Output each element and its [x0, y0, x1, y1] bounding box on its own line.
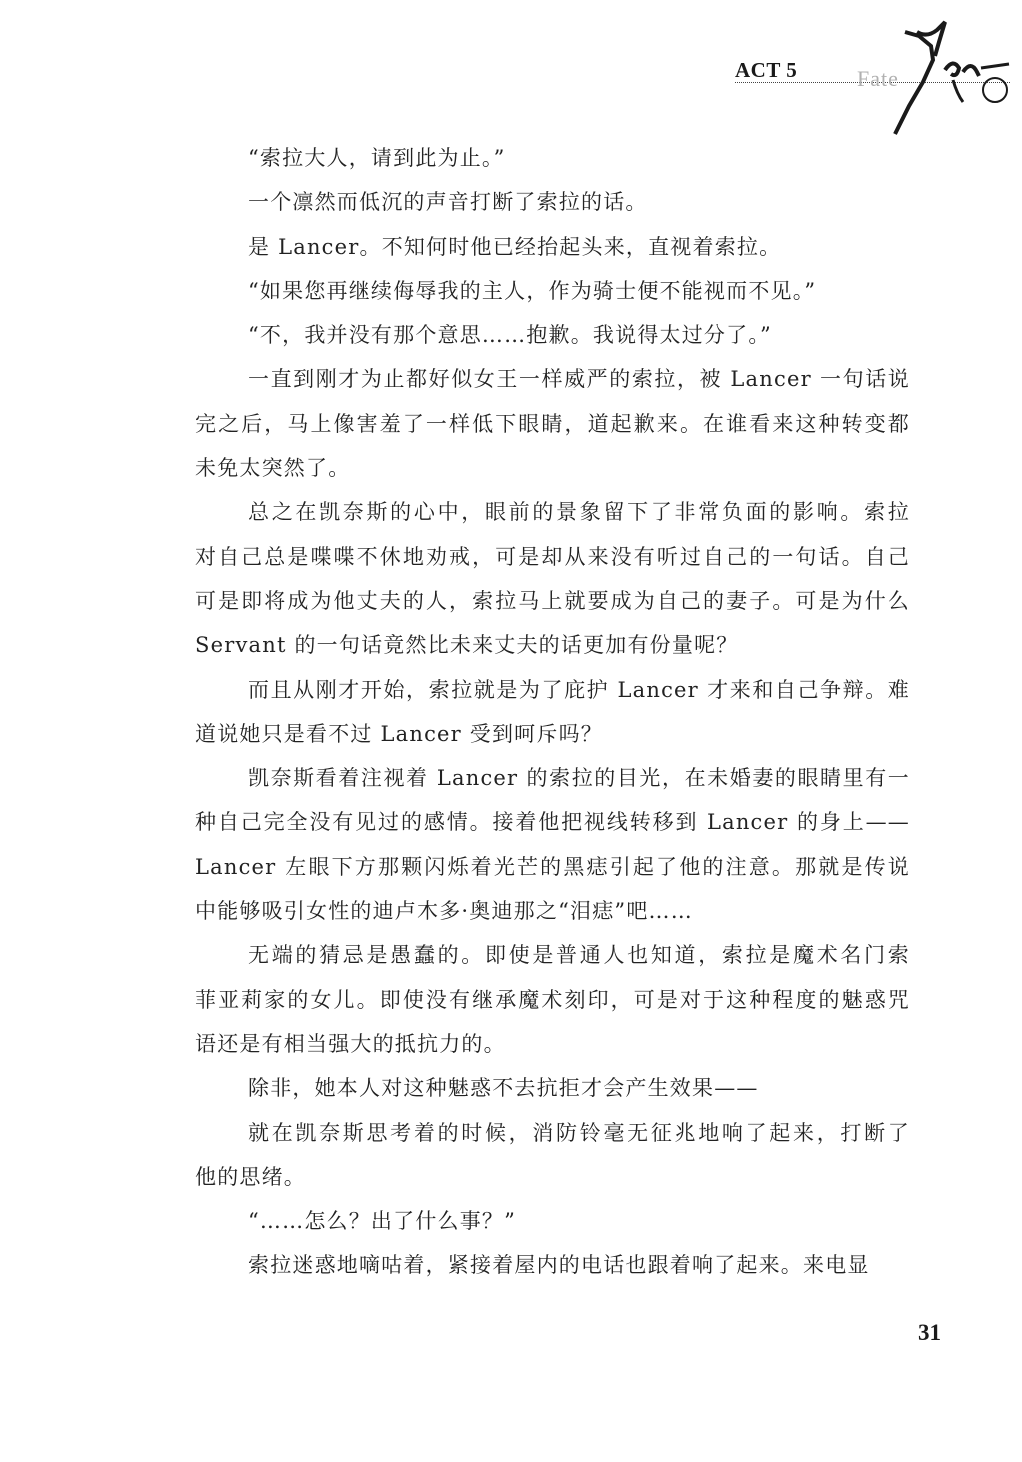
paragraph: 无端的猜忌是愚蠢的。即使是普通人也知道，索拉是魔术名门索菲亚莉家的女儿。即使没有…	[195, 933, 910, 1066]
text-line: 他的思绪。	[195, 1155, 910, 1199]
text-line: 就在凯奈斯思考着的时候，消防铃毫无征兆地响了起来，打断了	[195, 1111, 910, 1155]
paragraph: “不，我并没有那个意思……抱歉。我说得太过分了。”	[195, 313, 910, 357]
text-line: 是 Lancer。不知何时他已经抬起头来，直视着索拉。	[195, 225, 910, 269]
text-line: 完之后，马上像害羞了一样低下眼睛，道起歉来。在谁看来这种转变都	[195, 402, 910, 446]
text-line: 凯奈斯看着注视着 Lancer 的索拉的目光，在未婚妻的眼睛里有一	[195, 756, 910, 800]
text-line: 菲亚莉家的女儿。即使没有继承魔术刻印，可是对于这种程度的魅惑咒	[195, 978, 910, 1022]
chapter-label: ACT 5	[735, 58, 797, 83]
text-line: Servant 的一句话竟然比未来丈夫的话更加有份量呢？	[195, 623, 910, 667]
text-line: “……怎么？出了什么事？”	[195, 1199, 910, 1243]
text-line: 种自己完全没有见过的感情。接着他把视线转移到 Lancer 的身上——	[195, 800, 910, 844]
text-line: 一直到刚才为止都好似女王一样威严的索拉，被 Lancer 一句话说	[195, 357, 910, 401]
body-text: “索拉大人，请到此为止。”一个凛然而低沉的声音打断了索拉的话。是 Lancer。…	[195, 136, 910, 1288]
paragraph: 而且从刚才开始，索拉就是为了庇护 Lancer 才来和自己争辩。难道说她只是看不…	[195, 668, 910, 757]
svg-text:Fate: Fate	[857, 66, 899, 91]
text-line: 总之在凯奈斯的心中，眼前的景象留下了非常负面的影响。索拉	[195, 490, 910, 534]
text-line: 无端的猜忌是愚蠢的。即使是普通人也知道，索拉是魔术名门索	[195, 933, 910, 977]
text-line: 除非，她本人对这种魅惑不去抗拒才会产生效果——	[195, 1066, 910, 1110]
text-line: 对自己总是喋喋不休地劝戒，可是却从来没有听过自己的一句话。自己	[195, 535, 910, 579]
text-line: 索拉迷惑地嘀咕着，紧接着屋内的电话也跟着响了起来。来电显	[195, 1243, 910, 1287]
text-line: 可是即将成为他丈夫的人，索拉马上就要成为自己的妻子。可是为什么	[195, 579, 910, 623]
page-number: 31	[918, 1320, 941, 1346]
paragraph: 凯奈斯看着注视着 Lancer 的索拉的目光，在未婚妻的眼睛里有一种自己完全没有…	[195, 756, 910, 933]
text-line: 语还是有相当强大的抵抗力的。	[195, 1022, 910, 1066]
paragraph: 就在凯奈斯思考着的时候，消防铃毫无征兆地响了起来，打断了他的思绪。	[195, 1111, 910, 1200]
paragraph: 是 Lancer。不知何时他已经抬起头来，直视着索拉。	[195, 225, 910, 269]
paragraph: 除非，她本人对这种魅惑不去抗拒才会产生效果——	[195, 1066, 910, 1110]
paragraph: 索拉迷惑地嘀咕着，紧接着屋内的电话也跟着响了起来。来电显	[195, 1243, 910, 1287]
text-line: 一个凛然而低沉的声音打断了索拉的话。	[195, 180, 910, 224]
running-header: ACT 5 Fate	[735, 56, 1010, 146]
text-line: 道说她只是看不过 Lancer 受到呵斥吗？	[195, 712, 910, 756]
paragraph: “……怎么？出了什么事？”	[195, 1199, 910, 1243]
paragraph: 一直到刚才为止都好似女王一样威严的索拉，被 Lancer 一句话说完之后，马上像…	[195, 357, 910, 490]
fate-zero-logo-icon: Fate	[853, 16, 1013, 136]
text-line: “如果您再继续侮辱我的主人，作为骑士便不能视而不见。”	[195, 269, 910, 313]
paragraph: 一个凛然而低沉的声音打断了索拉的话。	[195, 180, 910, 224]
text-line: 而且从刚才开始，索拉就是为了庇护 Lancer 才来和自己争辩。难	[195, 668, 910, 712]
text-line: “索拉大人，请到此为止。”	[195, 136, 910, 180]
paragraph: “索拉大人，请到此为止。”	[195, 136, 910, 180]
text-line: 中能够吸引女性的迪卢木多·奥迪那之“泪痣”吧……	[195, 889, 910, 933]
text-line: “不，我并没有那个意思……抱歉。我说得太过分了。”	[195, 313, 910, 357]
text-line: 未免太突然了。	[195, 446, 910, 490]
paragraph: 总之在凯奈斯的心中，眼前的景象留下了非常负面的影响。索拉对自己总是喋喋不休地劝戒…	[195, 490, 910, 667]
paragraph: “如果您再继续侮辱我的主人，作为骑士便不能视而不见。”	[195, 269, 910, 313]
text-line: Lancer 左眼下方那颗闪烁着光芒的黑痣引起了他的注意。那就是传说	[195, 845, 910, 889]
